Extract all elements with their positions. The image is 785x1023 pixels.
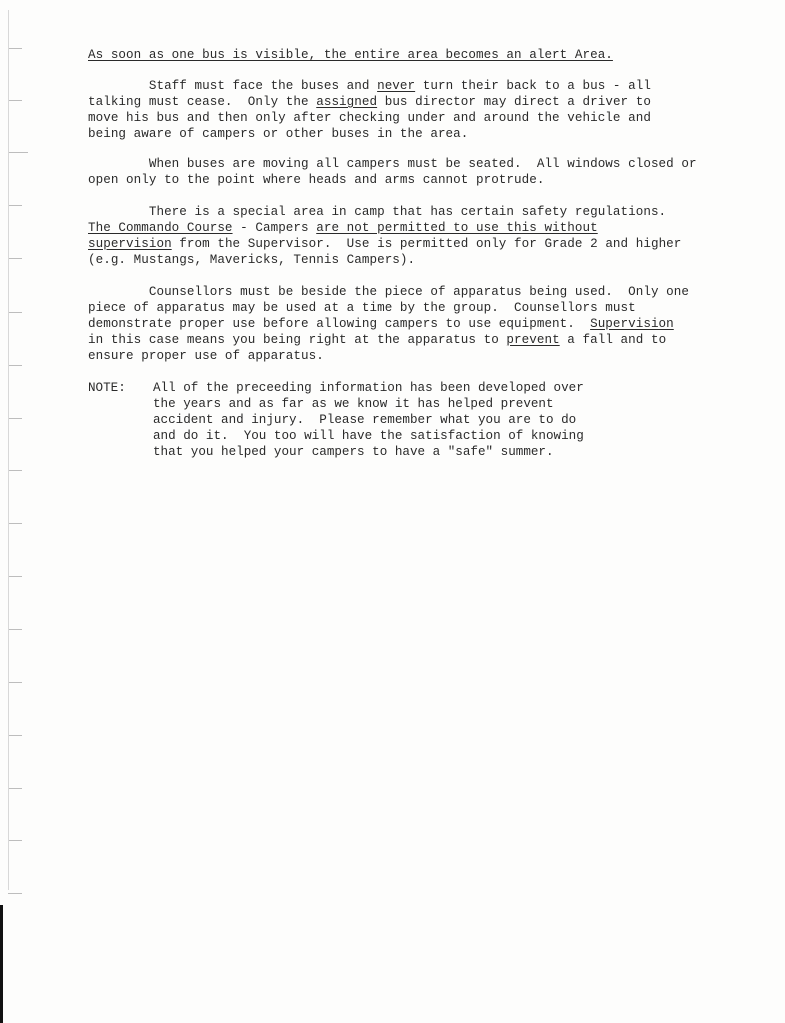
binder-margin-mark — [8, 365, 22, 366]
note-line: All of the preceeding information has be… — [153, 380, 584, 396]
apparatus-paragraph-line: ensure proper use of apparatus. — [88, 348, 324, 364]
commando-paragraph-line: The Commando Course - Campers are not pe… — [88, 220, 598, 236]
binder-margin-mark — [8, 470, 22, 471]
note-line: the years and as far as we know it has h… — [153, 396, 554, 412]
binder-margin-mark — [8, 152, 28, 153]
alert-heading: As soon as one bus is visible, the entir… — [88, 47, 613, 63]
apparatus-paragraph-line: Counsellors must be beside the piece of … — [88, 284, 689, 300]
binder-margin-mark — [8, 100, 22, 101]
commando-course-title: The Commando Course — [88, 221, 233, 235]
moving-buses-paragraph-line: open only to the point where heads and a… — [88, 172, 544, 188]
commando-paragraph-line: supervision from the Supervisor. Use is … — [88, 236, 681, 252]
apparatus-paragraph-line: piece of apparatus may be used at a time… — [88, 300, 636, 316]
binder-margin-mark — [8, 893, 22, 894]
bus-paragraph-line: Staff must face the buses and never turn… — [88, 78, 651, 94]
commando-paragraph-line: There is a special area in camp that has… — [88, 204, 666, 220]
commando-paragraph-line: (e.g. Mustangs, Mavericks, Tennis Camper… — [88, 252, 415, 268]
note-line: and do it. You too will have the satisfa… — [153, 428, 584, 444]
note-label: NOTE: — [88, 380, 126, 396]
binder-margin-mark — [8, 312, 22, 313]
binder-margin-mark — [8, 840, 22, 841]
note-line: accident and injury. Please remember wha… — [153, 412, 576, 428]
binder-margin-line — [8, 10, 9, 890]
scanned-page: As soon as one bus is visible, the entir… — [0, 0, 785, 1023]
bus-paragraph-line: being aware of campers or other buses in… — [88, 126, 468, 142]
binder-margin-mark — [8, 418, 22, 419]
emphasis-never: never — [377, 79, 415, 93]
binder-margin-mark — [8, 682, 22, 683]
binder-margin-mark — [8, 788, 22, 789]
bus-paragraph-line: move his bus and then only after checkin… — [88, 110, 651, 126]
binder-margin-mark — [8, 735, 22, 736]
scan-edge-shadow — [0, 905, 3, 1023]
binder-margin-mark — [8, 523, 22, 524]
binder-margin-mark — [8, 576, 22, 577]
apparatus-paragraph-line: demonstrate proper use before allowing c… — [88, 316, 674, 332]
binder-margin-mark — [8, 48, 22, 49]
emphasis-assigned: assigned — [316, 95, 377, 109]
apparatus-paragraph-line: in this case means you being right at th… — [88, 332, 666, 348]
moving-buses-paragraph-line: When buses are moving all campers must b… — [88, 156, 697, 172]
binder-margin-mark — [8, 629, 22, 630]
note-line: that you helped your campers to have a "… — [153, 444, 554, 460]
binder-margin-mark — [8, 258, 22, 259]
binder-margin-mark — [8, 205, 22, 206]
bus-paragraph-line: talking must cease. Only the assigned bu… — [88, 94, 651, 110]
